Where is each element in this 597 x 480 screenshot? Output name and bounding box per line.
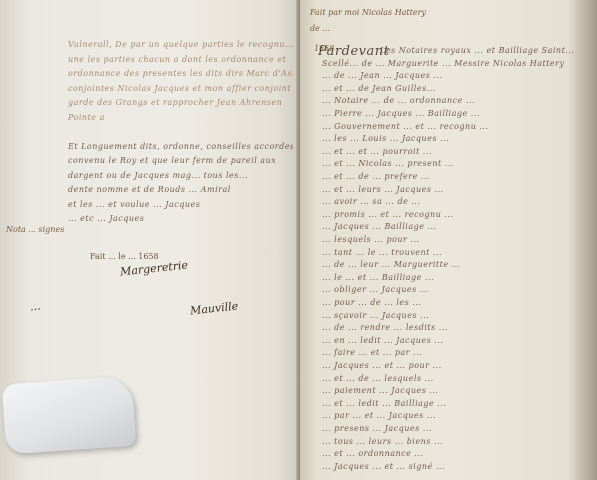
text-line: ... tant ... le ... trouvent ... (322, 248, 587, 257)
text-line: ... obliger ... Jacques ... (322, 285, 587, 294)
signature-3: Mauville (189, 300, 238, 318)
text-line: ... Jacques ... Bailliage ... (322, 222, 587, 231)
text-line: Les Notaires royaux ... et Bailliage Sai… (380, 46, 585, 55)
text-line: ... presens ... Jacques ... (322, 424, 587, 433)
right-page: Fait par moi Nicolas Hattery de ... 1658… (300, 0, 597, 480)
signature-2: ... (29, 299, 41, 313)
text-line: ... en ... ledit ... Jacques ... (322, 336, 587, 345)
text-line: ... de ... Jean ... Jacques ... (322, 71, 587, 80)
text-line: ... pour ... de ... les ... (322, 298, 587, 307)
text-line: ... les ... Louis ... Jacques ... (322, 134, 587, 143)
text-line: une les parties chacun a dont les ordonn… (68, 55, 293, 64)
left-page: Vulnerall, De par un quelque parties le … (0, 0, 300, 480)
text-line: dente nomme et de Rouds ... Amiral (68, 185, 293, 194)
right-margin-note-1: Fait par moi Nicolas Hattery (310, 8, 426, 17)
text-line: ordonnance des presentes les dits dirs M… (68, 69, 293, 78)
text-line: ... et ... de Jean Guilles... (322, 84, 587, 93)
text-line: ... et ... de ... prefere ... (322, 172, 587, 181)
text-line: ... etc ... Jacques (68, 214, 293, 223)
text-line: ... par ... et ... Jacques ... (322, 411, 587, 420)
text-line: ... et ... de ... lesquels ... (322, 374, 587, 383)
text-line: ... Jacques ... et ... pour ... (322, 361, 587, 370)
cloth-weight (2, 376, 137, 455)
text-line: ... Notaire ... de ... ordonnance ... (322, 96, 587, 105)
text-line: ... faire ... et ... par ... (322, 348, 587, 357)
text-line: ... le ... et ... Bailliage ... (322, 273, 587, 282)
text-line: ... Jacques ... et ... signé ... (322, 462, 587, 471)
text-line: Et Longuement dits, ordonne, conseilles … (68, 142, 293, 151)
left-margin-note: Nota ... signes (6, 225, 64, 234)
text-line: ... avoir ... sa ... de ... (322, 197, 587, 206)
right-margin-note-2: de ... (310, 24, 330, 33)
text-line: ... tous ... leurs ... biens ... (322, 437, 587, 446)
text-line: ... Pierre ... Jacques ... Bailliage ... (322, 109, 587, 118)
text-line: ... et ... leurs ... Jacques ... (322, 185, 587, 194)
text-line: ... de ... rendre ... lesdits ... (322, 323, 587, 332)
text-line: et les ... et voulue ... Jacques (68, 200, 293, 209)
text-line: dargent ou de Jacques mag... tous les... (68, 171, 293, 180)
text-line (68, 127, 293, 136)
text-line: ... Gouvernement ... et ... recognu ... (322, 122, 587, 131)
text-line: ... lesquels ... pour ... (322, 235, 587, 244)
text-line: conjointes Nicolas Jacques et mon affier… (68, 84, 293, 93)
text-line: ... paiement ... Jacques ... (322, 386, 587, 395)
text-line: garde des Grangs et rapprocher Jean Ahre… (68, 98, 293, 107)
text-line: ... sçavoir ... Jacques ... (322, 311, 587, 320)
text-line: convenu le Roy et que leur ferm de parei… (68, 156, 293, 165)
signature-1: Margeretrie (120, 258, 189, 278)
text-line: Scellé... de ... Marguerite ... Messire … (322, 59, 587, 68)
text-line: ... et ... Nicolas ... present ... (322, 159, 587, 168)
text-line: ... et ... ordonnance ... (322, 449, 587, 458)
text-line: ... promis ... et ... recognu ... (322, 210, 587, 219)
text-line (68, 229, 293, 238)
text-line: ... et ... et ... pourroit ... (322, 147, 587, 156)
text-line: ... et ... ledit ... Bailliage ... (322, 399, 587, 408)
opening-word: Pardevant (318, 44, 389, 58)
text-line: Pointe a (68, 113, 293, 122)
text-line: Vulnerall, De par un quelque parties le … (68, 40, 293, 49)
witness-line: Fait ... le ... 1658 (90, 252, 159, 261)
text-line: ... de ... leur ... Margueritte ... (322, 260, 587, 269)
